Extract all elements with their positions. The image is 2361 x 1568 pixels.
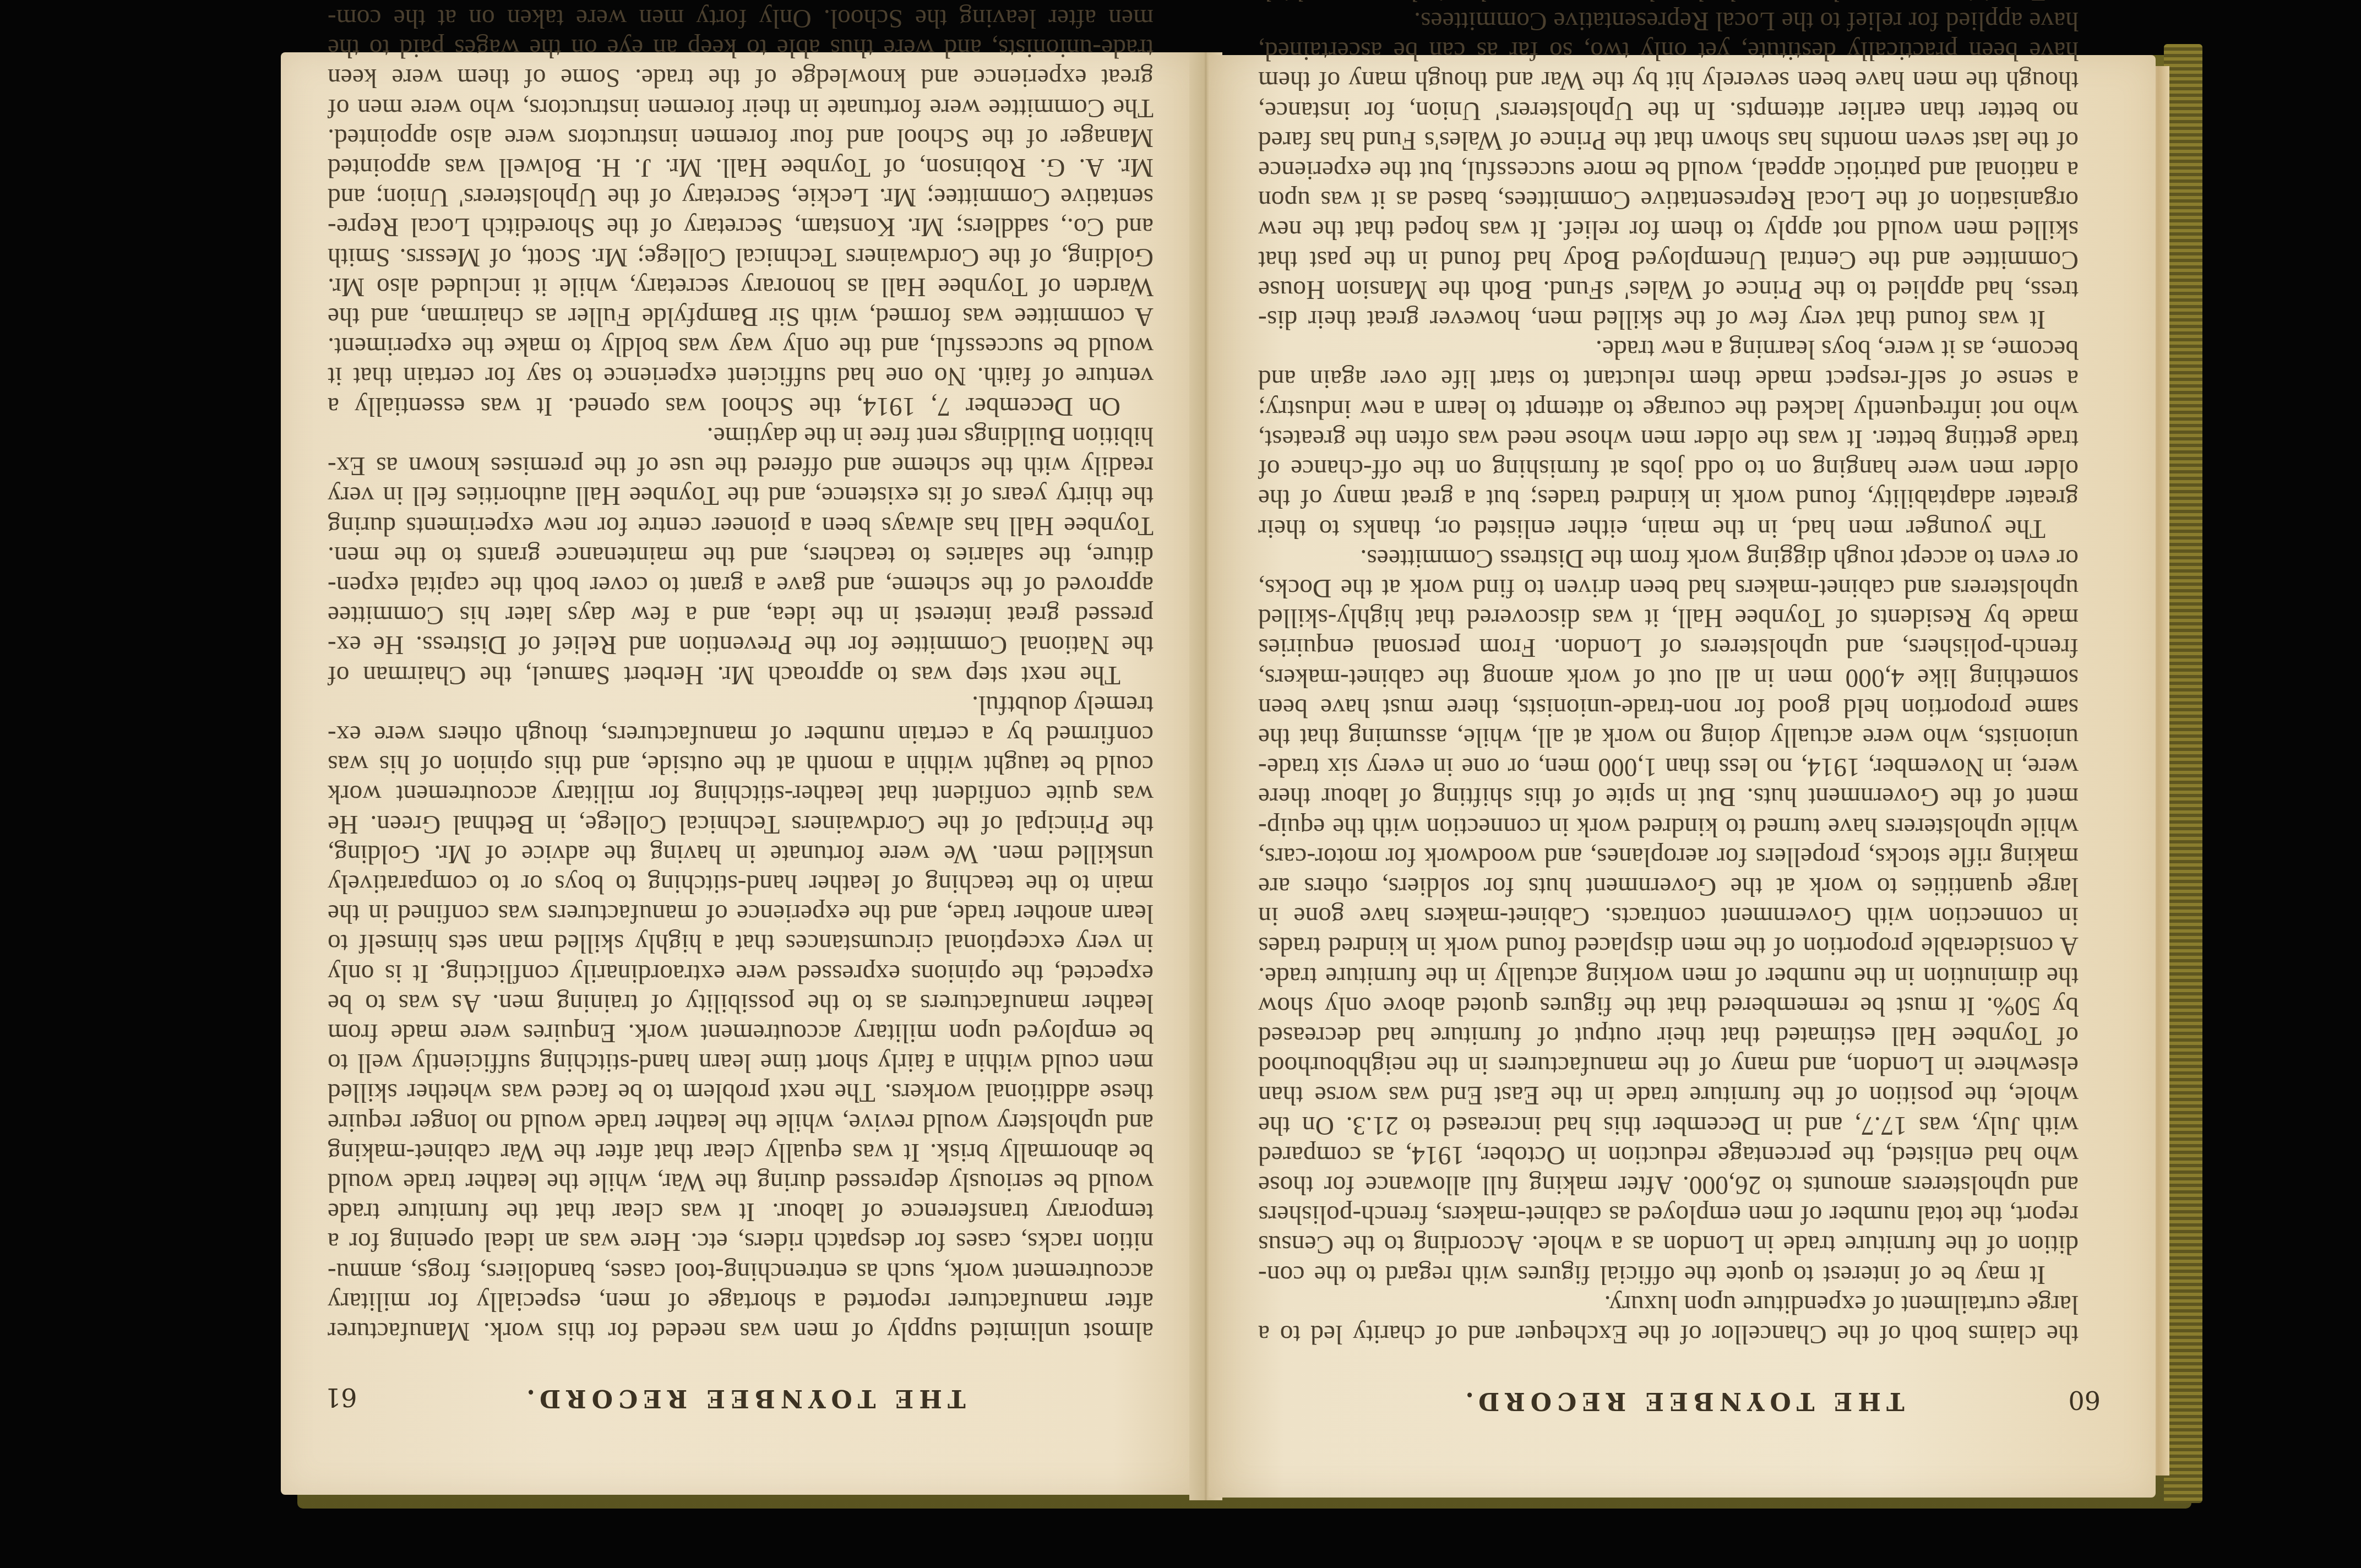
text-line: was quite confident that leather-stitchi…	[328, 779, 1154, 809]
text-line: french-polishers, and upholsterers of Lo…	[1258, 633, 2079, 662]
text-line: mencement. It was necessary to feel the …	[328, 0, 1154, 3]
text-line: tremely doubtful.	[328, 690, 1154, 720]
text-line: expected, the opinions expressed were ex…	[328, 958, 1154, 988]
text-line: in connection with Government contracts.…	[1258, 901, 2079, 931]
text-line: the thirty years of its existence, and t…	[328, 481, 1154, 510]
text-line: Committee and the Central Unemployed Bod…	[1258, 244, 2079, 274]
left-page-content: THE TOYNBEE RECORD. 61 almost unlimited …	[281, 52, 1206, 1495]
text-line: be abnormally brisk. It was equally clea…	[328, 1137, 1154, 1167]
text-line: The Committee were fortunate in their fo…	[328, 92, 1154, 122]
text-line: trade-unionists, and were thus able to k…	[328, 33, 1154, 63]
text-line: sentative Committee; Mr. Leckie, Secreta…	[328, 182, 1154, 212]
text-line: become, as it were, boys learning a new …	[1258, 334, 2079, 364]
text-line: approved of the scheme, and gave a grant…	[328, 570, 1154, 600]
text-line: something like 4,000 men in all out of w…	[1258, 662, 2079, 692]
text-line: while upholsterers have turned to kindre…	[1258, 812, 2079, 841]
text-line: The younger men had, in the main, either…	[1258, 513, 2079, 543]
text-line: learn another trade, and the experience …	[328, 899, 1154, 928]
text-line: elsewhere in London, and many of the man…	[1258, 1050, 2079, 1080]
text-line: temporary transference of labour. It was…	[328, 1197, 1154, 1227]
text-line: organisation of the Local Representative…	[1258, 185, 2079, 215]
text-line: could be taught within a month at the ou…	[328, 749, 1154, 779]
text-line: and upholsterers amounts to 26,000. Afte…	[1258, 1170, 2079, 1200]
text-line: would be successful, and the only way wa…	[328, 331, 1154, 361]
running-head: THE TOYNBEE RECORD.	[281, 1379, 1206, 1412]
text-line: leather manufacturers as to the possibil…	[328, 988, 1154, 1018]
text-line: be employed upon military accoutrement w…	[328, 1018, 1154, 1048]
text-line: It was found that very few of the skille…	[1258, 304, 2079, 334]
text-line: Warden of Toynbee Hall as honorary secre…	[328, 272, 1154, 302]
text-line: On December 7, 1914, the School was open…	[328, 391, 1154, 421]
text-line: diture, the salaries to teachers, and th…	[328, 541, 1154, 570]
cover-edge	[2164, 44, 2202, 1503]
text-line: have been practically destitute, yet onl…	[1258, 36, 2079, 66]
text-line: greater adaptability, found work in kind…	[1258, 483, 2079, 513]
text-line: ment of the Government huts. But in spit…	[1258, 782, 2079, 812]
text-line: Golding, of the Cordwainers Technical Co…	[328, 242, 1154, 271]
text-line: venture of faith. No one had sufficient …	[328, 361, 1154, 391]
text-line: main to the teaching of leather hand-sti…	[328, 869, 1154, 899]
text-line: skilled men would not apply to them for …	[1258, 215, 2079, 244]
text-line: A considerable proportion of the men dis…	[1258, 931, 2079, 961]
text-line: Toynbee Hall has always been a pioneer c…	[328, 510, 1154, 540]
text-line: and upholstery would revive, while the l…	[328, 1107, 1154, 1137]
text-line: men after leaving the School. Only forty…	[328, 3, 1154, 33]
text-line: It may be of interest to quote the offic…	[1258, 1259, 2079, 1289]
text-line: almost unlimited supply of men was neede…	[328, 1316, 1154, 1346]
text-line: and Co., saddlers; Mr. Konstam, Secretar…	[328, 212, 1154, 242]
text-line: trade getting better. It was the older m…	[1258, 424, 2079, 454]
text-line: confirmed by a certain number of manufac…	[328, 720, 1154, 749]
running-head: THE TOYNBEE RECORD.	[1209, 1382, 2156, 1415]
text-line: making rifle stocks, propellers for aero…	[1258, 842, 2079, 872]
text-line: tress, had applied to the Prince of Wale…	[1258, 275, 2079, 304]
text-line: Manager of the School and four foremen i…	[328, 123, 1154, 153]
text-line: a sense of self-respect made them reluct…	[1258, 364, 2079, 394]
text-line: same proportion held good for non-trade-…	[1258, 693, 2079, 722]
text-line: whole, the position of the furniture tra…	[1258, 1080, 2079, 1110]
text-line: hibition Buildings rent free in the dayt…	[328, 421, 1154, 451]
text-line: upholsterers and cabinet-makers had been…	[1258, 573, 2079, 603]
text-line: these additional workers. The next probl…	[328, 1077, 1154, 1107]
text-line: the diminution in the number of men work…	[1258, 961, 2079, 990]
right-page-content: THE TOYNBEE RECORD. 60 the claims both o…	[1209, 55, 2156, 1498]
text-line: unionists, who were actually doing no wo…	[1258, 722, 2079, 752]
text-line: with July, was 17.7, and in December thi…	[1258, 1110, 2079, 1140]
text-line: The next step was to approach Mr. Herber…	[328, 660, 1154, 689]
text-line: a national and patriotic appeal, would b…	[1258, 155, 2079, 185]
text-line: who had enlisted, the percentage reducti…	[1258, 1140, 2079, 1170]
body-text: the claims both of the Chancellor of the…	[1258, 0, 2079, 1349]
text-line: the National Committee for the Preventio…	[328, 630, 1154, 660]
text-line: in very exceptional circumstances that a…	[328, 928, 1154, 958]
text-line: would be seriously depressed during the …	[328, 1167, 1154, 1197]
body-text: almost unlimited supply of men was neede…	[328, 0, 1154, 1346]
text-line: great experience and knowledge of the tr…	[328, 63, 1154, 92]
text-line: Mr. A. G. Robinson, of Toynbee Hall. Mr.…	[328, 153, 1154, 182]
text-line: men could within a fairly short time lea…	[328, 1048, 1154, 1077]
text-line: nition racks, cases for despatch riders,…	[328, 1227, 1154, 1256]
text-line: pressed great interest in the idea, and …	[328, 600, 1154, 630]
text-line: the Principal of the Cordwainers Technic…	[328, 809, 1154, 839]
text-line: of the last seven months has shown that …	[1258, 126, 2079, 155]
text-line: readily with the scheme and offered the …	[328, 451, 1154, 481]
text-line: large curtailment of expenditure upon lu…	[1258, 1289, 2079, 1319]
text-line: were, in November, 1914, no less than 1,…	[1258, 752, 2079, 782]
text-line: the claims both of the Chancellor of the…	[1258, 1319, 2079, 1349]
left-page: THE TOYNBEE RECORD. 61 almost unlimited …	[281, 52, 1206, 1495]
open-book: THE TOYNBEE RECORD. 61 almost unlimited …	[0, 0, 2361, 1568]
text-line: have applied for relief to the Local Rep…	[1258, 6, 2079, 36]
text-line: report, the total number of men employed…	[1258, 1200, 2079, 1229]
text-line: of Toynbee Hall estimated that their out…	[1258, 1021, 2079, 1050]
text-line: or even to accept rough digging work fro…	[1258, 543, 2079, 573]
text-line: no better than earlier attempts. In the …	[1258, 95, 2079, 125]
page-number: 60	[2068, 1385, 2101, 1415]
text-line: dition of the furniture trade in London …	[1258, 1229, 2079, 1259]
page-number: 61	[325, 1382, 357, 1412]
text-line: unskilled men. We were fortunate in havi…	[328, 839, 1154, 869]
text-line: who not infrequently lacked the courage …	[1258, 394, 2079, 424]
text-line: Enquiries were made as to whether there …	[1258, 0, 2079, 6]
text-line: older men were hanging on to odd jobs at…	[1258, 454, 2079, 483]
text-line: made by Residents of Toynbee Hall, it wa…	[1258, 603, 2079, 633]
text-line: accoutrement work, such as entrenching-t…	[328, 1256, 1154, 1286]
text-line: large quantities to work at the Governme…	[1258, 872, 2079, 901]
text-line: by 50%. It must be remembered that the f…	[1258, 991, 2079, 1021]
text-line: after manufacturer reported a shortage o…	[328, 1287, 1154, 1316]
right-page: THE TOYNBEE RECORD. 60 the claims both o…	[1209, 55, 2156, 1498]
text-line: though the men have been severely hit by…	[1258, 66, 2079, 95]
text-line: A committee was formed, with Sir Bampfyl…	[328, 302, 1154, 331]
